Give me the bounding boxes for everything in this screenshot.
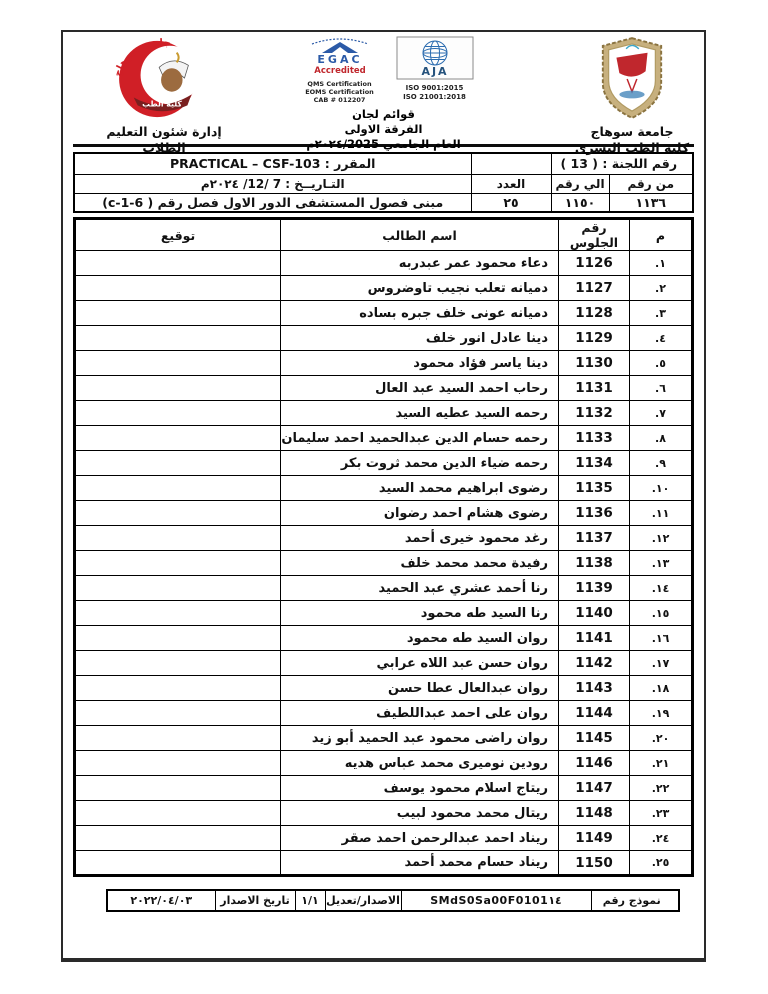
student-row: ٢٢. 1147 ريتاج اسلام محمود يوسف [75, 776, 693, 801]
issue-date-label: تاريخ الاصدار [215, 890, 295, 911]
scanned-exam-list-page: { "header": { "admin_caption": "إدارة شئ… [0, 0, 768, 994]
empty-cell [471, 153, 551, 174]
student-name-cell: رنا أحمد عشري عبد الحميد [281, 576, 559, 601]
student-name-cell: رحمه حسام الدين عبدالحميد احمد سليمان [281, 426, 559, 451]
student-row: ٢١. 1146 رودين نوميرى محمد عباس هديه [75, 751, 693, 776]
student-row: ١١. 1136 رضوى هشام احمد رضوان [75, 501, 693, 526]
seat-number-cell: 1143 [559, 676, 630, 701]
serial-cell: ٢٥. [630, 851, 693, 876]
seat-number-cell: 1132 [559, 401, 630, 426]
count-value: ٢٥ [471, 193, 551, 212]
serial-column-header: م [630, 219, 693, 251]
student-name-cell: روان السيد طه محمود [281, 626, 559, 651]
signature-cell [75, 476, 281, 501]
committee-number-cell: رقم اللجنة : ( 13 ) [551, 153, 693, 174]
student-row: ٥. 1130 دينا ياسر فؤاد محمود [75, 351, 693, 376]
student-name-cell: ريناد احمد عبدالرحمن احمد صقر [281, 826, 559, 851]
red-crescent-faculty-logo-icon: جامعة سوهاج كلية الطب [100, 38, 228, 120]
student-row: ١٣. 1138 رفيدة محمد محمد خلف [75, 551, 693, 576]
to-number-label: الي رقم [551, 174, 609, 193]
student-row: ٨. 1133 رحمه حسام الدين عبدالحميد احمد س… [75, 426, 693, 451]
student-name-cell: رحمه السيد عطيه السيد [281, 401, 559, 426]
student-row: ٦. 1131 رحاب احمد السيد عبد العال [75, 376, 693, 401]
student-name-cell: دينا ياسر فؤاد محمود [281, 351, 559, 376]
student-row: ١٧. 1142 روان حسن عبد اللاه عرابي [75, 651, 693, 676]
students-header-row: م رقم الجلوس اسم الطالب توقيع [75, 219, 693, 251]
signature-cell [75, 426, 281, 451]
form-footer-table: نموذج رقم SMdS0Sa00F0101١٤ الاصدار/تعديل… [106, 889, 680, 912]
header-center-block: EGAC Accredited QMS Certification EOMS C… [264, 36, 504, 152]
seat-number-cell: 1144 [559, 701, 630, 726]
student-row: ١٩. 1144 روان على احمد عبداللطيف [75, 701, 693, 726]
serial-cell: ٢٠. [630, 726, 693, 751]
signature-cell [75, 301, 281, 326]
serial-cell: ١٦. [630, 626, 693, 651]
serial-cell: ١٥. [630, 601, 693, 626]
serial-cell: ٢٣. [630, 801, 693, 826]
serial-cell: ٧. [630, 401, 693, 426]
egac-cert-line: EOMS Certification [294, 88, 386, 96]
signature-cell [75, 851, 281, 876]
student-row: ١٠. 1135 رضوى ابراهيم محمد السيد [75, 476, 693, 501]
student-name-cell: روان عبدالعال عطا حسن [281, 676, 559, 701]
student-name-cell: دعاء محمود عمر عبدربه [281, 251, 559, 276]
signature-cell [75, 351, 281, 376]
egac-cert-line: CAB # 012207 [294, 96, 386, 104]
seat-number-cell: 1148 [559, 801, 630, 826]
serial-cell: ٢٤. [630, 826, 693, 851]
signature-cell [75, 751, 281, 776]
student-row: ٧. 1132 رحمه السيد عطيه السيد [75, 401, 693, 426]
student-name-cell: رضوى ابراهيم محمد السيد [281, 476, 559, 501]
seat-number-cell: 1129 [559, 326, 630, 351]
crescent-arc-bottom-text: كلية الطب [142, 99, 182, 108]
seat-number-cell: 1128 [559, 301, 630, 326]
student-name-cell: رحمه ضياء الدين محمد ثروت بكر [281, 451, 559, 476]
student-row: ١٥. 1140 رنا السيد طه محمود [75, 601, 693, 626]
egac-cert-line: QMS Certification [294, 80, 386, 88]
student-row: ١٤. 1139 رنا أحمد عشري عبد الحميد [75, 576, 693, 601]
egac-accreditation-block: EGAC Accredited QMS Certification EOMS C… [294, 36, 386, 104]
serial-cell: ١. [630, 251, 693, 276]
serial-cell: ١١. [630, 501, 693, 526]
form-code-value: SMdS0Sa00F0101١٤ [401, 890, 591, 911]
student-row: ١٢. 1137 رغد محمود خيرى أحمد [75, 526, 693, 551]
student-name-cell: دينا عادل انور خلف [281, 326, 559, 351]
serial-cell: ١٨. [630, 676, 693, 701]
serial-cell: ٤. [630, 326, 693, 351]
from-number-value: ١١٣٦ [609, 193, 693, 212]
serial-cell: ١٠. [630, 476, 693, 501]
seat-number-cell: 1130 [559, 351, 630, 376]
signature-cell [75, 376, 281, 401]
from-number-label: من رقم [609, 174, 693, 193]
signature-cell [75, 451, 281, 476]
students-table: م رقم الجلوس اسم الطالب توقيع ١. 1126 دع… [73, 217, 694, 877]
seat-number-cell: 1149 [559, 826, 630, 851]
student-name-cell: رفيدة محمد محمد خلف [281, 551, 559, 576]
serial-cell: ١٢. [630, 526, 693, 551]
faculty-caption: كلية الطب البشرى [566, 140, 698, 156]
university-block: جامعة سوهاج كلية الطب البشرى [566, 36, 698, 155]
seat-number-cell: 1139 [559, 576, 630, 601]
seat-number-cell: 1127 [559, 276, 630, 301]
serial-cell: ٢٢. [630, 776, 693, 801]
student-name-cell: رنا السيد طه محمود [281, 601, 559, 626]
student-name-cell: دميانه تعلب نجيب تاوضروس [281, 276, 559, 301]
signature-cell [75, 776, 281, 801]
aja-name-text: AJA [421, 65, 448, 78]
egac-logo-icon: EGAC Accredited [294, 36, 386, 76]
form-footer: نموذج رقم SMdS0Sa00F0101١٤ الاصدار/تعديل… [63, 877, 704, 912]
seat-number-column-header: رقم الجلوس [559, 219, 630, 251]
seat-number-cell: 1137 [559, 526, 630, 551]
seat-number-cell: 1131 [559, 376, 630, 401]
signature-cell [75, 551, 281, 576]
serial-cell: ٢. [630, 276, 693, 301]
title-line-committees: قوائم لجان [264, 107, 504, 122]
student-name-cell: رحاب احمد السيد عبد العال [281, 376, 559, 401]
serial-cell: ١٤. [630, 576, 693, 601]
signature-cell [75, 676, 281, 701]
serial-cell: ١٩. [630, 701, 693, 726]
seat-number-cell: 1147 [559, 776, 630, 801]
iso-line: ISO 21001:2018 [396, 93, 474, 102]
student-name-cell: روان على احمد عبداللطيف [281, 701, 559, 726]
seat-number-cell: 1142 [559, 651, 630, 676]
form-number-label: نموذج رقم [591, 890, 679, 911]
signature-cell [75, 651, 281, 676]
egac-name-text: EGAC [317, 53, 362, 66]
title-line-grade: الفرقة الاولى [264, 122, 504, 137]
student-affairs-block: جامعة سوهاج كلية الطب إدارة شئون التعليم… [89, 38, 239, 155]
seat-number-cell: 1146 [559, 751, 630, 776]
serial-cell: ٥. [630, 351, 693, 376]
seat-number-cell: 1133 [559, 426, 630, 451]
student-row: ١٦. 1141 روان السيد طه محمود [75, 626, 693, 651]
signature-cell [75, 626, 281, 651]
student-row: ١٨. 1143 روان عبدالعال عطا حسن [75, 676, 693, 701]
student-row: ٢٠. 1145 روان راضى محمود عبد الحميد أبو … [75, 726, 693, 751]
pharaoh-face-shape [161, 68, 182, 91]
serial-cell: ١٧. [630, 651, 693, 676]
to-number-value: ١١٥٠ [551, 193, 609, 212]
signature-cell [75, 826, 281, 851]
serial-cell: ٣. [630, 301, 693, 326]
student-name-cell: رضوى هشام احمد رضوان [281, 501, 559, 526]
seat-number-cell: 1136 [559, 501, 630, 526]
serial-cell: ٩. [630, 451, 693, 476]
egac-cert-lines: QMS Certification EOMS Certification CAB… [294, 80, 386, 104]
signature-cell [75, 276, 281, 301]
committee-info-table: رقم اللجنة : ( 13 ) المقرر : PRACTICAL –… [73, 152, 694, 213]
egac-tagline-text: Accredited [314, 66, 366, 76]
signature-cell [75, 501, 281, 526]
signature-cell [75, 701, 281, 726]
seat-number-cell: 1135 [559, 476, 630, 501]
seat-number-cell: 1145 [559, 726, 630, 751]
student-row: ٣. 1128 دميانه عونى خلف جبره بساده [75, 301, 693, 326]
student-name-column-header: اسم الطالب [281, 219, 559, 251]
seat-number-cell: 1140 [559, 601, 630, 626]
student-name-cell: رودين نوميرى محمد عباس هديه [281, 751, 559, 776]
student-row: ٢٥. 1150 ريناد حسام محمد أحمد [75, 851, 693, 876]
signature-cell [75, 726, 281, 751]
document-title-block: قوائم لجان الفرقة الاولى العام الجامعي ٢… [264, 107, 504, 152]
serial-cell: ١٣. [630, 551, 693, 576]
sohag-university-shield-icon [597, 36, 667, 120]
count-label: العدد [471, 174, 551, 193]
aja-accreditation-block: AJA ISO 9001:2015 ISO 21001:2018 [396, 36, 474, 102]
revision-label: الاصدار/تعديل [325, 890, 401, 911]
signature-cell [75, 251, 281, 276]
signature-cell [75, 601, 281, 626]
signature-cell [75, 326, 281, 351]
signature-cell [75, 526, 281, 551]
student-row: ٢٤. 1149 ريناد احمد عبدالرحمن احمد صقر [75, 826, 693, 851]
page-header: جامعة سوهاج كلية الطب إدارة شئون التعليم… [63, 32, 704, 144]
signature-cell [75, 576, 281, 601]
document-frame: جامعة سوهاج كلية الطب إدارة شئون التعليم… [61, 30, 706, 962]
student-name-cell: روان حسن عبد اللاه عرابي [281, 651, 559, 676]
student-name-cell: ريتاج اسلام محمود يوسف [281, 776, 559, 801]
student-name-cell: دميانه عونى خلف جبره بساده [281, 301, 559, 326]
signature-cell [75, 401, 281, 426]
serial-cell: ٨. [630, 426, 693, 451]
student-row: ٢. 1127 دميانه تعلب نجيب تاوضروس [75, 276, 693, 301]
signature-cell [75, 801, 281, 826]
serial-cell: ٦. [630, 376, 693, 401]
student-row: ٤. 1129 دينا عادل انور خلف [75, 326, 693, 351]
date-cell: التـاريــخ : 7 /12/ ٢٠٢٤م [74, 174, 471, 193]
serial-cell: ٢١. [630, 751, 693, 776]
student-name-cell: ريتال محمد محمود لبيب [281, 801, 559, 826]
aja-iso-lines: ISO 9001:2015 ISO 21001:2018 [396, 84, 474, 102]
student-name-cell: رغد محمود خيرى أحمد [281, 526, 559, 551]
admin-caption: إدارة شئون التعليم الطلاب [89, 124, 239, 155]
course-cell: المقرر : PRACTICAL – CSF-103 [74, 153, 471, 174]
signature-column-header: توقيع [75, 219, 281, 251]
location-cell: مبنى فصول المستشفى الدور الاول فصل رقم (… [74, 193, 471, 212]
iso-line: ISO 9001:2015 [396, 84, 474, 93]
university-caption: جامعة سوهاج [566, 124, 698, 140]
seat-number-cell: 1141 [559, 626, 630, 651]
seat-number-cell: 1138 [559, 551, 630, 576]
student-row: ٢٣. 1148 ريتال محمد محمود لبيب [75, 801, 693, 826]
student-row: ١. 1126 دعاء محمود عمر عبدربه [75, 251, 693, 276]
student-row: ٩. 1134 رحمه ضياء الدين محمد ثروت بكر [75, 451, 693, 476]
seat-number-cell: 1150 [559, 851, 630, 876]
title-line-academic-year: العام الجامعي ٢٠٢٤/2025م [264, 137, 504, 152]
seat-number-cell: 1126 [559, 251, 630, 276]
revision-value: ١/١ [295, 890, 325, 911]
student-name-cell: روان راضى محمود عبد الحميد أبو زيد [281, 726, 559, 751]
seat-number-cell: 1134 [559, 451, 630, 476]
aja-logo-icon: AJA [396, 36, 474, 80]
students-tbody: ١. 1126 دعاء محمود عمر عبدربه ٢. 1127 دم… [75, 251, 693, 876]
student-name-cell: ريناد حسام محمد أحمد [281, 851, 559, 876]
issue-date-value: ٢٠٢٢/٠٤/٠٣ [107, 890, 215, 911]
